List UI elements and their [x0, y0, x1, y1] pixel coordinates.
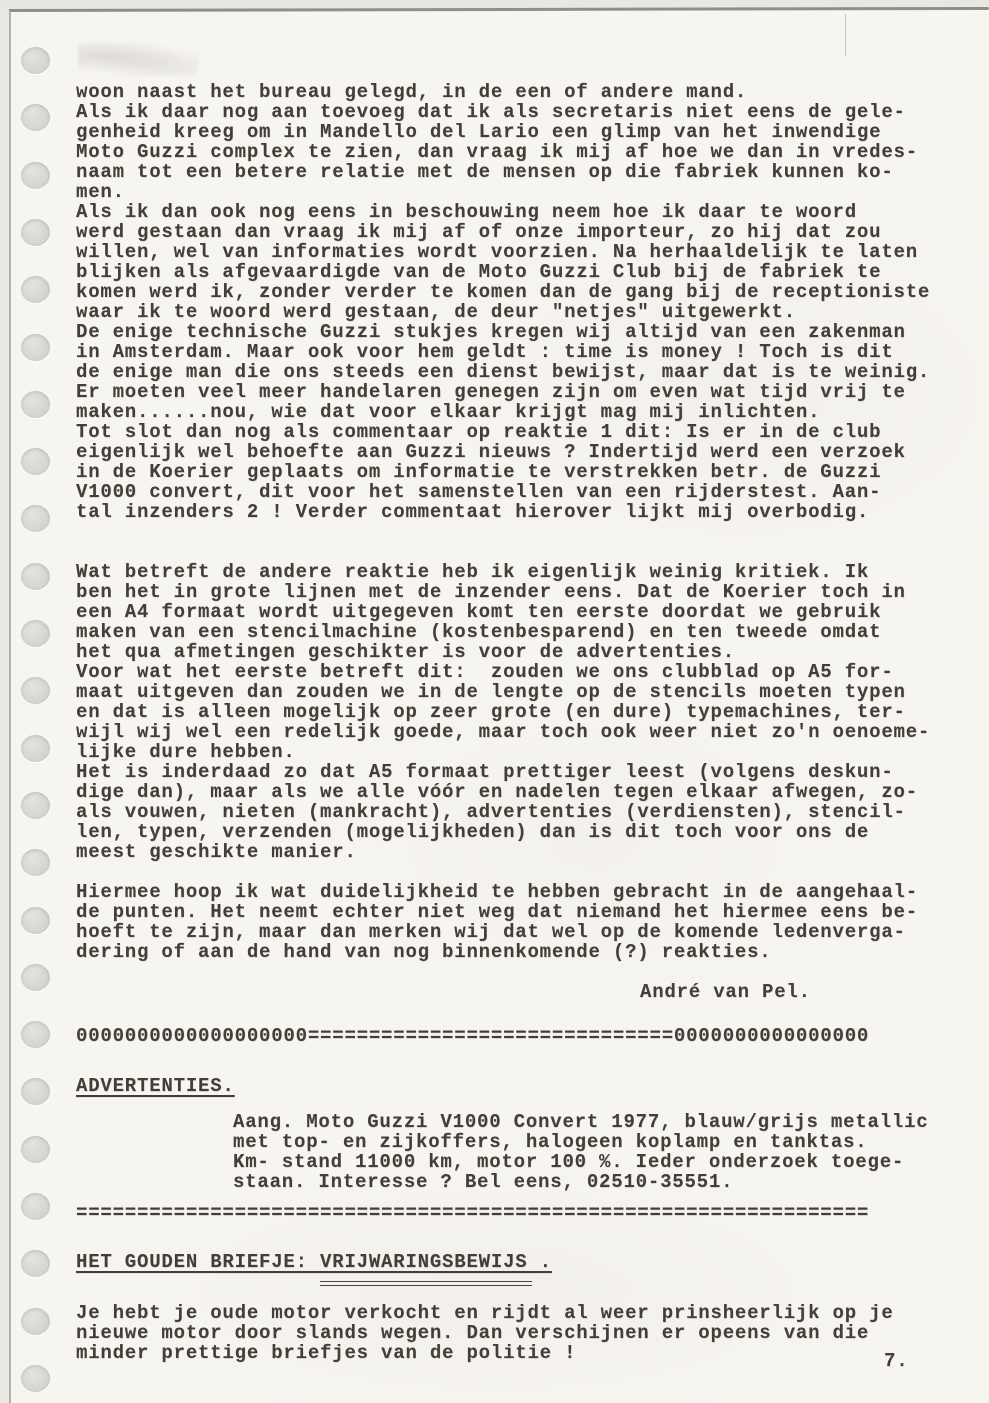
punch-hole: [21, 334, 50, 361]
separator-mixed: 0000000000000000000=====================…: [76, 1026, 869, 1046]
punch-hole: [21, 964, 50, 991]
punch-hole: [21, 1136, 50, 1163]
punch-hole: [21, 1078, 50, 1105]
punch-hole: [21, 448, 50, 475]
heading-double-underline: [320, 1281, 532, 1286]
body-paragraph-4: Hiermee hoop ik wat duidelijkheid te heb…: [76, 882, 918, 962]
punch-hole: [21, 735, 50, 762]
scanned-page: woon naast het bureau gelegd, in de een …: [0, 0, 989, 1403]
signature: André van Pel.: [640, 982, 811, 1002]
punch-hole: [21, 677, 50, 704]
advertisement-text: Aang. Moto Guzzi V1000 Convert 1977, bla…: [233, 1112, 929, 1192]
punch-hole: [21, 162, 50, 189]
body-paragraph-1: woon naast het bureau gelegd, in de een …: [76, 82, 918, 202]
body-paragraph-5: Je hebt je oude motor verkocht en rijdt …: [76, 1303, 894, 1363]
punch-hole: [21, 391, 50, 418]
punch-hole: [21, 907, 50, 934]
punch-hole: [21, 620, 50, 647]
punch-hole: [21, 563, 50, 590]
punch-hole: [21, 505, 50, 532]
page-number: 7.: [884, 1351, 908, 1371]
paper-left-edge: [9, 11, 11, 1403]
punch-hole: [21, 219, 50, 246]
punch-hole: [21, 1021, 50, 1048]
scan-crease: [845, 14, 846, 56]
punch-hole: [21, 1308, 50, 1335]
pencil-smudge: [78, 42, 198, 76]
punch-hole: [21, 47, 50, 74]
body-paragraph-2: Als ik dan ook nog eens in beschouwing n…: [76, 202, 930, 522]
punch-hole: [21, 104, 50, 131]
punch-hole: [21, 276, 50, 303]
body-paragraph-3: Wat betreft de andere reaktie heb ik eig…: [76, 562, 930, 862]
scan-margin-left: [0, 9, 9, 1403]
punch-hole: [21, 1250, 50, 1277]
heading-advertenties: ADVERTENTIES.: [76, 1076, 235, 1096]
punch-hole: [21, 1365, 50, 1392]
heading-gouden-briefje: HET GOUDEN BRIEFJE: VRIJWARINGSBEWIJS .: [76, 1252, 552, 1272]
separator-equals: ========================================…: [76, 1203, 869, 1223]
punch-hole: [21, 849, 50, 876]
punch-hole: [21, 792, 50, 819]
punch-hole: [21, 1193, 50, 1220]
